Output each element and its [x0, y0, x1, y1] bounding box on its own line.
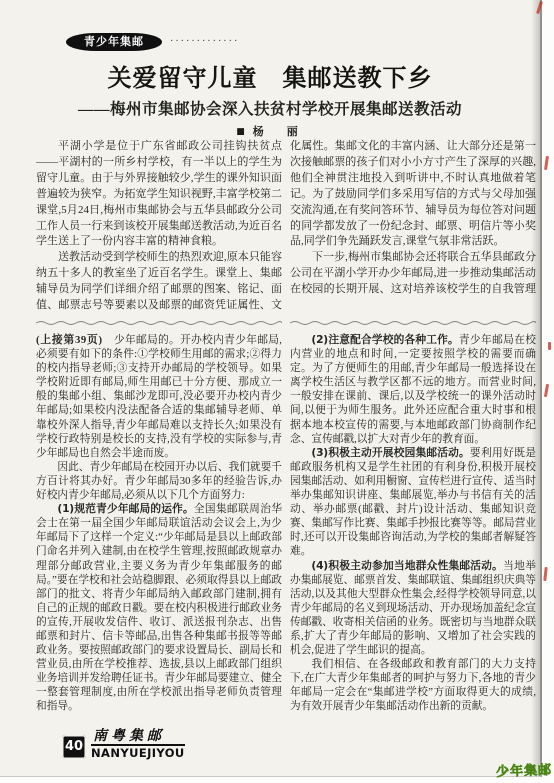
item-heading: (1)规范青少年邮局的运作。 [57, 502, 193, 515]
continuation-note: (上接第39页) [36, 334, 103, 346]
paragraph-text: 当地举办集邮展览、邮票首发、集邮联谊、集邮组织庆典等活动,以及其他大型群众性集会… [290, 560, 536, 657]
article-subtitle: ——梅州市集邮协会深入扶贫村学校开展集邮送教活动 [20, 97, 520, 119]
author-line: ■杨 丽 [20, 123, 520, 139]
paragraph-text: 要利用好既是邮政服务机构又是学生社团的有利身份,积极开展校园集邮活动、如利用橱窗… [290, 447, 536, 558]
page-number-stamp: 40 [62, 735, 86, 759]
paragraph: 因此、青少年邮局在校园开办以后、我们就要千方百计将其办好。青少年邮局30多年的经… [36, 460, 282, 502]
author-marker-icon: ■ [236, 127, 245, 137]
corner-label: 少年集邮 [496, 759, 553, 780]
paragraph: (4)积极主动参加当地群众性集邮活动。当地举办集邮展览、邮票首发、集邮联谊、集邮… [290, 559, 536, 658]
page-number: 40 [65, 739, 83, 754]
article-title: 关爱留守儿童 集邮送教下乡 [20, 58, 520, 93]
magazine-name-pinyin: NANYUEJIYOU [91, 747, 185, 759]
paragraph: 我们相信、在各级邮政和教育部门的大力支持下,在广大青少年集邮者的呵护与努力下,各… [290, 657, 536, 713]
red-pen-mark [544, 156, 549, 170]
paragraph-text: 全国集邮联周治华会士在第一届全国少年邮局联谊活动会议会上,为少年邮局下了这样一个… [36, 503, 282, 712]
main-article-columns: 平湖小学是位于广东省邮政公司挂钩扶贫点——平湖村的一所乡村学校，有一半以上的学生… [36, 139, 536, 319]
magazine-logo: 南粤集邮 NANYUEJIYOU [91, 730, 185, 759]
paragraph: (2)注意配合学校的各种工作。青少年邮局在校内营业的地点和时间,一定要按照学校的… [290, 333, 536, 446]
paragraph-text: 青少年邮局在校内营业的地点和时间,一定要按照学校的需要而确定。为了方便师生的用邮… [290, 334, 536, 445]
wavy-divider-right [290, 320, 536, 326]
red-pen-mark [544, 384, 549, 397]
paragraph: (上接第39页) 少年邮局的。开办校内青少年邮局,必须要有如下的条件:①学校师生… [36, 333, 282, 460]
item-heading: (4)积极主动参加当地群众性集邮活动。 [311, 559, 503, 572]
category-badge: 青少年集邮 [66, 33, 162, 51]
magazine-name-chinese: 南粤集邮 [91, 730, 185, 746]
paragraph: 平湖小学是位于广东省邮政公司挂钩扶贫点——平湖村的一所乡村学校，有一半以上的学生… [36, 139, 282, 250]
author-name: 杨 丽 [253, 125, 304, 138]
paragraph: (3)积极主动开展校园集邮活动。要利用好既是邮政服务机构又是学生社团的有利身份,… [290, 446, 536, 559]
continued-article-columns: (上接第39页) 少年邮局的。开办校内青少年邮局,必须要有如下的条件:①学校师生… [36, 333, 536, 716]
badge-dotted-line: ············· [170, 36, 239, 47]
red-pen-mark [548, 342, 551, 350]
item-heading: (3)积极主动开展校园集邮活动。 [311, 446, 469, 459]
red-pen-mark [543, 567, 547, 581]
paragraph: (1)规范青少年邮局的运作。全国集邮联周治华会士在第一届全国少年邮局联谊活动会议… [36, 502, 282, 713]
wavy-divider-left [36, 320, 282, 326]
footer-logo: 40 南粤集邮 NANYUEJIYOU [62, 730, 185, 759]
magazine-page: 青少年集邮 ············· 关爱留守儿童 集邮送教下乡 ——梅州市集… [0, 0, 542, 777]
item-heading: (2)注意配合学校的各种工作。 [311, 333, 458, 346]
paragraph-text: 少年邮局的。开办校内青少年邮局,必须要有如下的条件:①学校师生用邮的需求;②得力… [36, 334, 282, 459]
